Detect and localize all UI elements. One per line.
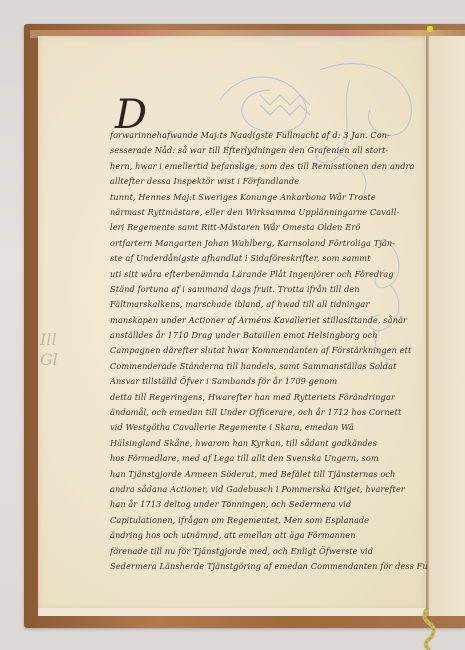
ghost-text: Ill bbox=[40, 330, 72, 350]
text-line: forwarinnehafwande Maj:ts Naadigste Full… bbox=[110, 128, 428, 143]
text-line: Fältmarskalkens, marschade ibland, af hw… bbox=[110, 297, 428, 312]
text-line: vid Westgötha Cavallerie Regemente i Ska… bbox=[110, 420, 428, 435]
text-line: han Tjänstgjorde Armeen Söderut, med Bef… bbox=[110, 467, 428, 482]
text-line: Sedermera Länsherde Tjänstgöring af emed… bbox=[110, 559, 428, 574]
manuscript-text-block: forwarinnehafwande Maj:ts Naadigste Full… bbox=[110, 128, 428, 574]
text-line: ändamål, och emedan till Under Officerar… bbox=[110, 405, 428, 420]
text-line: Ständ fortuna af i sammand dags fruit. T… bbox=[110, 282, 428, 297]
text-line: han år 1713 deltog under Tönningen, och … bbox=[110, 497, 428, 512]
text-line: ortfartern Mangarten Johan Wahlberg, Kar… bbox=[110, 236, 428, 251]
text-line: sesserade Nåd: så war till Efterlydninge… bbox=[110, 143, 428, 158]
text-line: Campagnen därefter slutat hwar Kommendan… bbox=[110, 343, 428, 358]
text-line: ste af Underdånigste afhandlat i Sidaför… bbox=[110, 251, 428, 266]
text-line: närmast Ryttmästare, eller den Wirksamma… bbox=[110, 205, 428, 220]
text-line: anställdes år 1710 Drag under Bataillen … bbox=[110, 328, 428, 343]
text-line: detta till Regeringens, Hwarefter han me… bbox=[110, 390, 428, 405]
text-line: alltefter dessa Inspektör wist i Förfand… bbox=[110, 174, 428, 189]
text-line: Ansvar tillställd Öfver i Sambands för å… bbox=[110, 374, 428, 389]
margin-bleedthrough-text: Ill Gl bbox=[40, 330, 72, 370]
bookmark-ribbon-top bbox=[427, 26, 433, 32]
text-line: uti sitt wåra efterbenämnda Lärande Plåt… bbox=[110, 267, 428, 282]
bookmark-ribbon-icon bbox=[420, 608, 440, 650]
text-line: hos Förmedlare, med af Lega till allt de… bbox=[110, 451, 428, 466]
text-line: Capitulationen, ifrågan om Regementet. M… bbox=[110, 513, 428, 528]
ghost-text: Gl bbox=[40, 350, 72, 370]
text-line: Commenderade Ständerna till handels, sam… bbox=[110, 359, 428, 374]
page-bottom-edge bbox=[38, 608, 426, 616]
text-line: andra sådana Actioner, vid Gadebusch i P… bbox=[110, 482, 428, 497]
text-line: förenade till nu för Tjänstgjorde med, o… bbox=[110, 544, 428, 559]
text-line: ändring hos och utnämnd, att emellan att… bbox=[110, 528, 428, 543]
text-line: tunnt, Hennes Maj:t Sweriges Konunge Ank… bbox=[110, 190, 428, 205]
text-line: Hälsingland Skåne, hwarom han Kyrkan, ti… bbox=[110, 436, 428, 451]
facing-page-edge bbox=[429, 36, 465, 616]
text-line: leri Regemente samt Ritt-Mästaren Wår Om… bbox=[110, 220, 428, 235]
text-line: manskapen under Actioner af Arméns Kaval… bbox=[110, 313, 428, 328]
text-line: hern, hwar i emellertid befanslige, som … bbox=[110, 159, 428, 174]
